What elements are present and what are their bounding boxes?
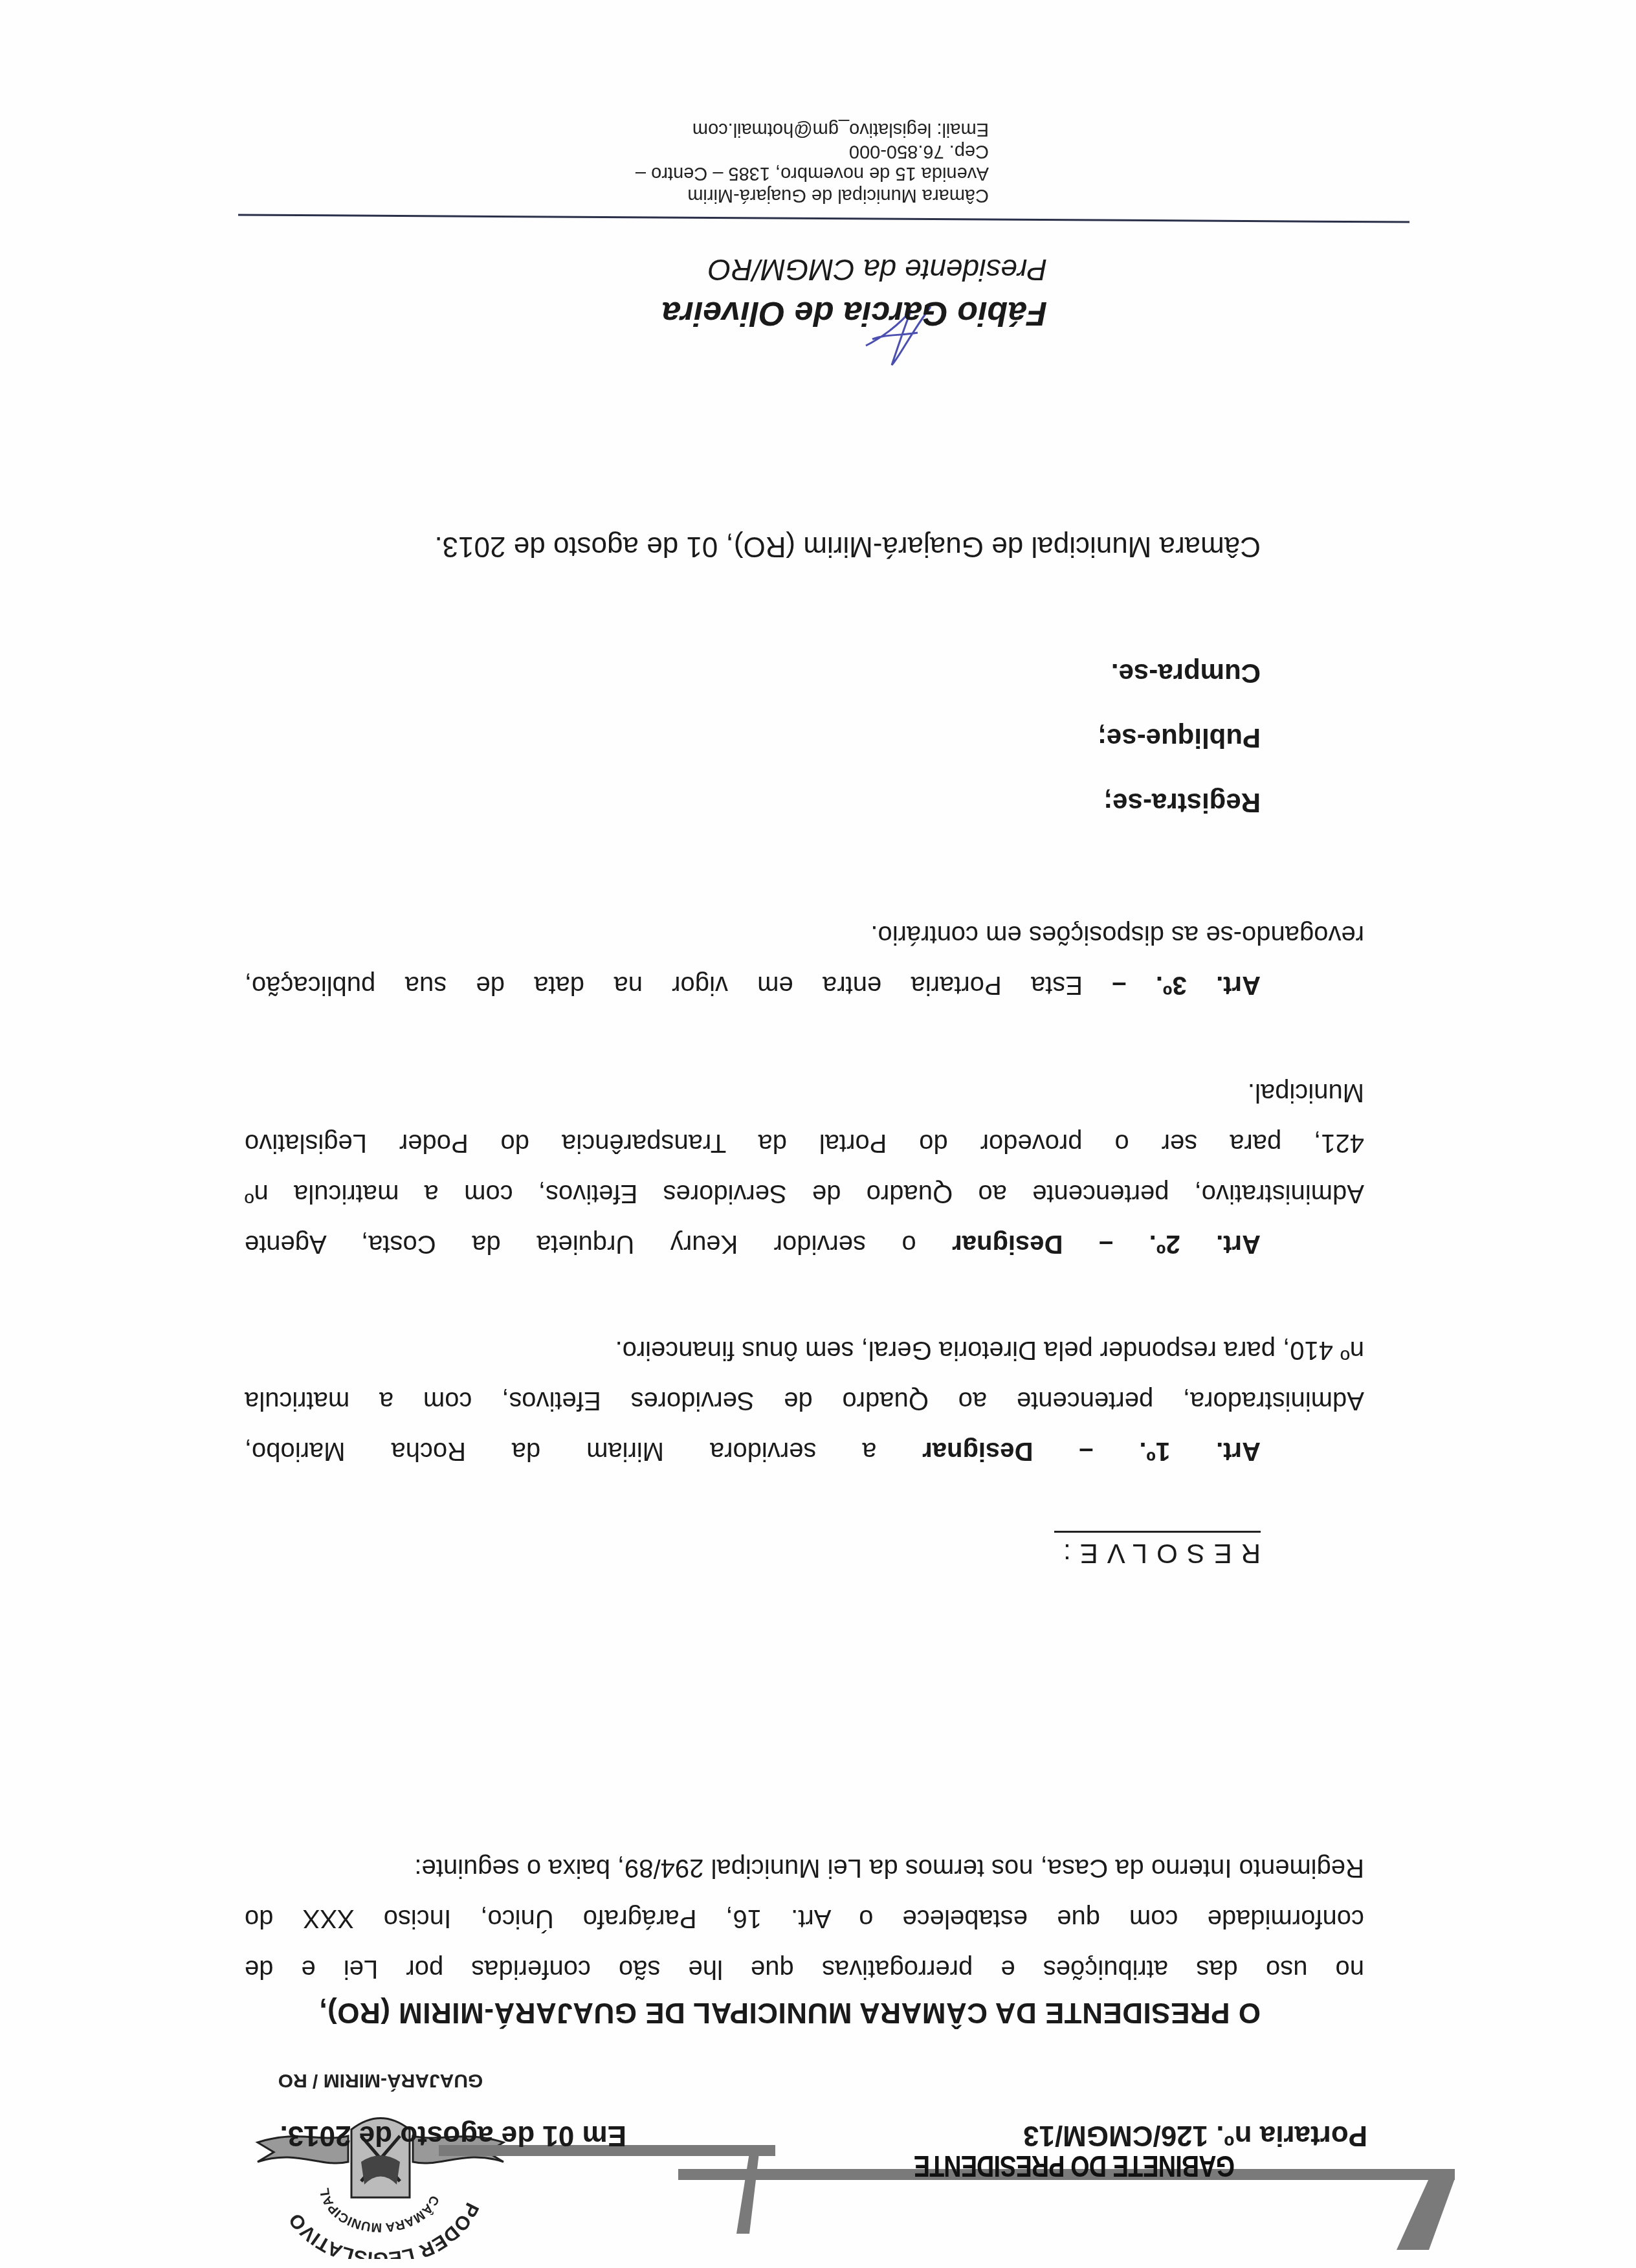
signer-role: Presidente da CMGM/RO — [708, 252, 1047, 287]
footer-divider — [238, 214, 1409, 223]
footer-address: Câmara Municipal de Guajará-Mirim Avenid… — [601, 118, 989, 206]
footer-institution: Câmara Municipal de Guajará-Mirim — [601, 184, 989, 206]
office-title: GABINETE DO PRESIDENTE — [914, 2149, 1235, 2184]
article-line: 421, para ser o provedor do Portal da Tr… — [245, 1107, 1364, 1157]
place-and-date: Câmara Municipal de Guajará-Mirim (RO), … — [434, 530, 1261, 562]
svg-text:GUAJARÁ-MIRIM / RO: GUAJARÁ-MIRIM / RO — [278, 2070, 483, 2092]
footer-email: Email: legislativo_gm@hotmail.com — [601, 118, 989, 140]
article-line: Art. 1º. – Designar a servidora Miriam d… — [245, 1415, 1364, 1465]
preamble-line: Regimento Interno da Casa, nos termos da… — [245, 1832, 1364, 1882]
article-line: revogando-se as disposições em contrário… — [245, 898, 1364, 949]
article-2: Art. 2º. – Designar o servidor Keury Urq… — [245, 1056, 1364, 1258]
article-line: Municipal. — [245, 1056, 1364, 1107]
preamble-title: O PRESIDENTE DA CÂMARA MUNICIPAL DE GUAJ… — [319, 1996, 1261, 2029]
resolve-heading: RESOLVE: — [1054, 1531, 1261, 1569]
article-line: Administradora, pertencente ao Quadro de… — [245, 1364, 1364, 1415]
article-line: Art. 3º. – Esta Portaria entra em vigor … — [245, 949, 1364, 999]
preamble-paragraph: no uso das atribuições e prerrogativas q… — [245, 1832, 1364, 1983]
article-1: Art. 1º. – Designar a servidora Miriam d… — [245, 1314, 1364, 1465]
article-line: Art. 2º. – Designar o servidor Keury Urq… — [245, 1208, 1364, 1258]
footer-street: Avenida 15 de novembro, 1385 – Centro – … — [601, 140, 989, 184]
closing-cumpra: Cumpra-se. — [1111, 658, 1261, 689]
article-3: Art. 3º. – Esta Portaria entra em vigor … — [245, 898, 1364, 999]
preamble-line: no uso das atribuições e prerrogativas q… — [245, 1933, 1364, 1983]
portaria-number: Portaria nº. 126/CMGM/13 — [1023, 2119, 1367, 2151]
article-line: Administrativo, pertencente ao Quadro de… — [245, 1157, 1364, 1208]
closing-publique: Publique-se; — [1098, 722, 1261, 753]
portaria-date: Em 01 de agosto de 2013. — [280, 2119, 626, 2151]
document-page: PODER LEGISLATIVO CÂMARA MUNICIPAL GUAJA… — [0, 0, 1636, 2268]
preamble-line: conformidade com que estabelece o Art. 1… — [245, 1882, 1364, 1933]
article-line: nº 410, para responder pela Diretoria Ge… — [245, 1314, 1364, 1364]
closing-registra: Registra-se; — [1103, 787, 1261, 818]
signer-name: Fábio Garcia de Oliveira — [662, 294, 1047, 333]
